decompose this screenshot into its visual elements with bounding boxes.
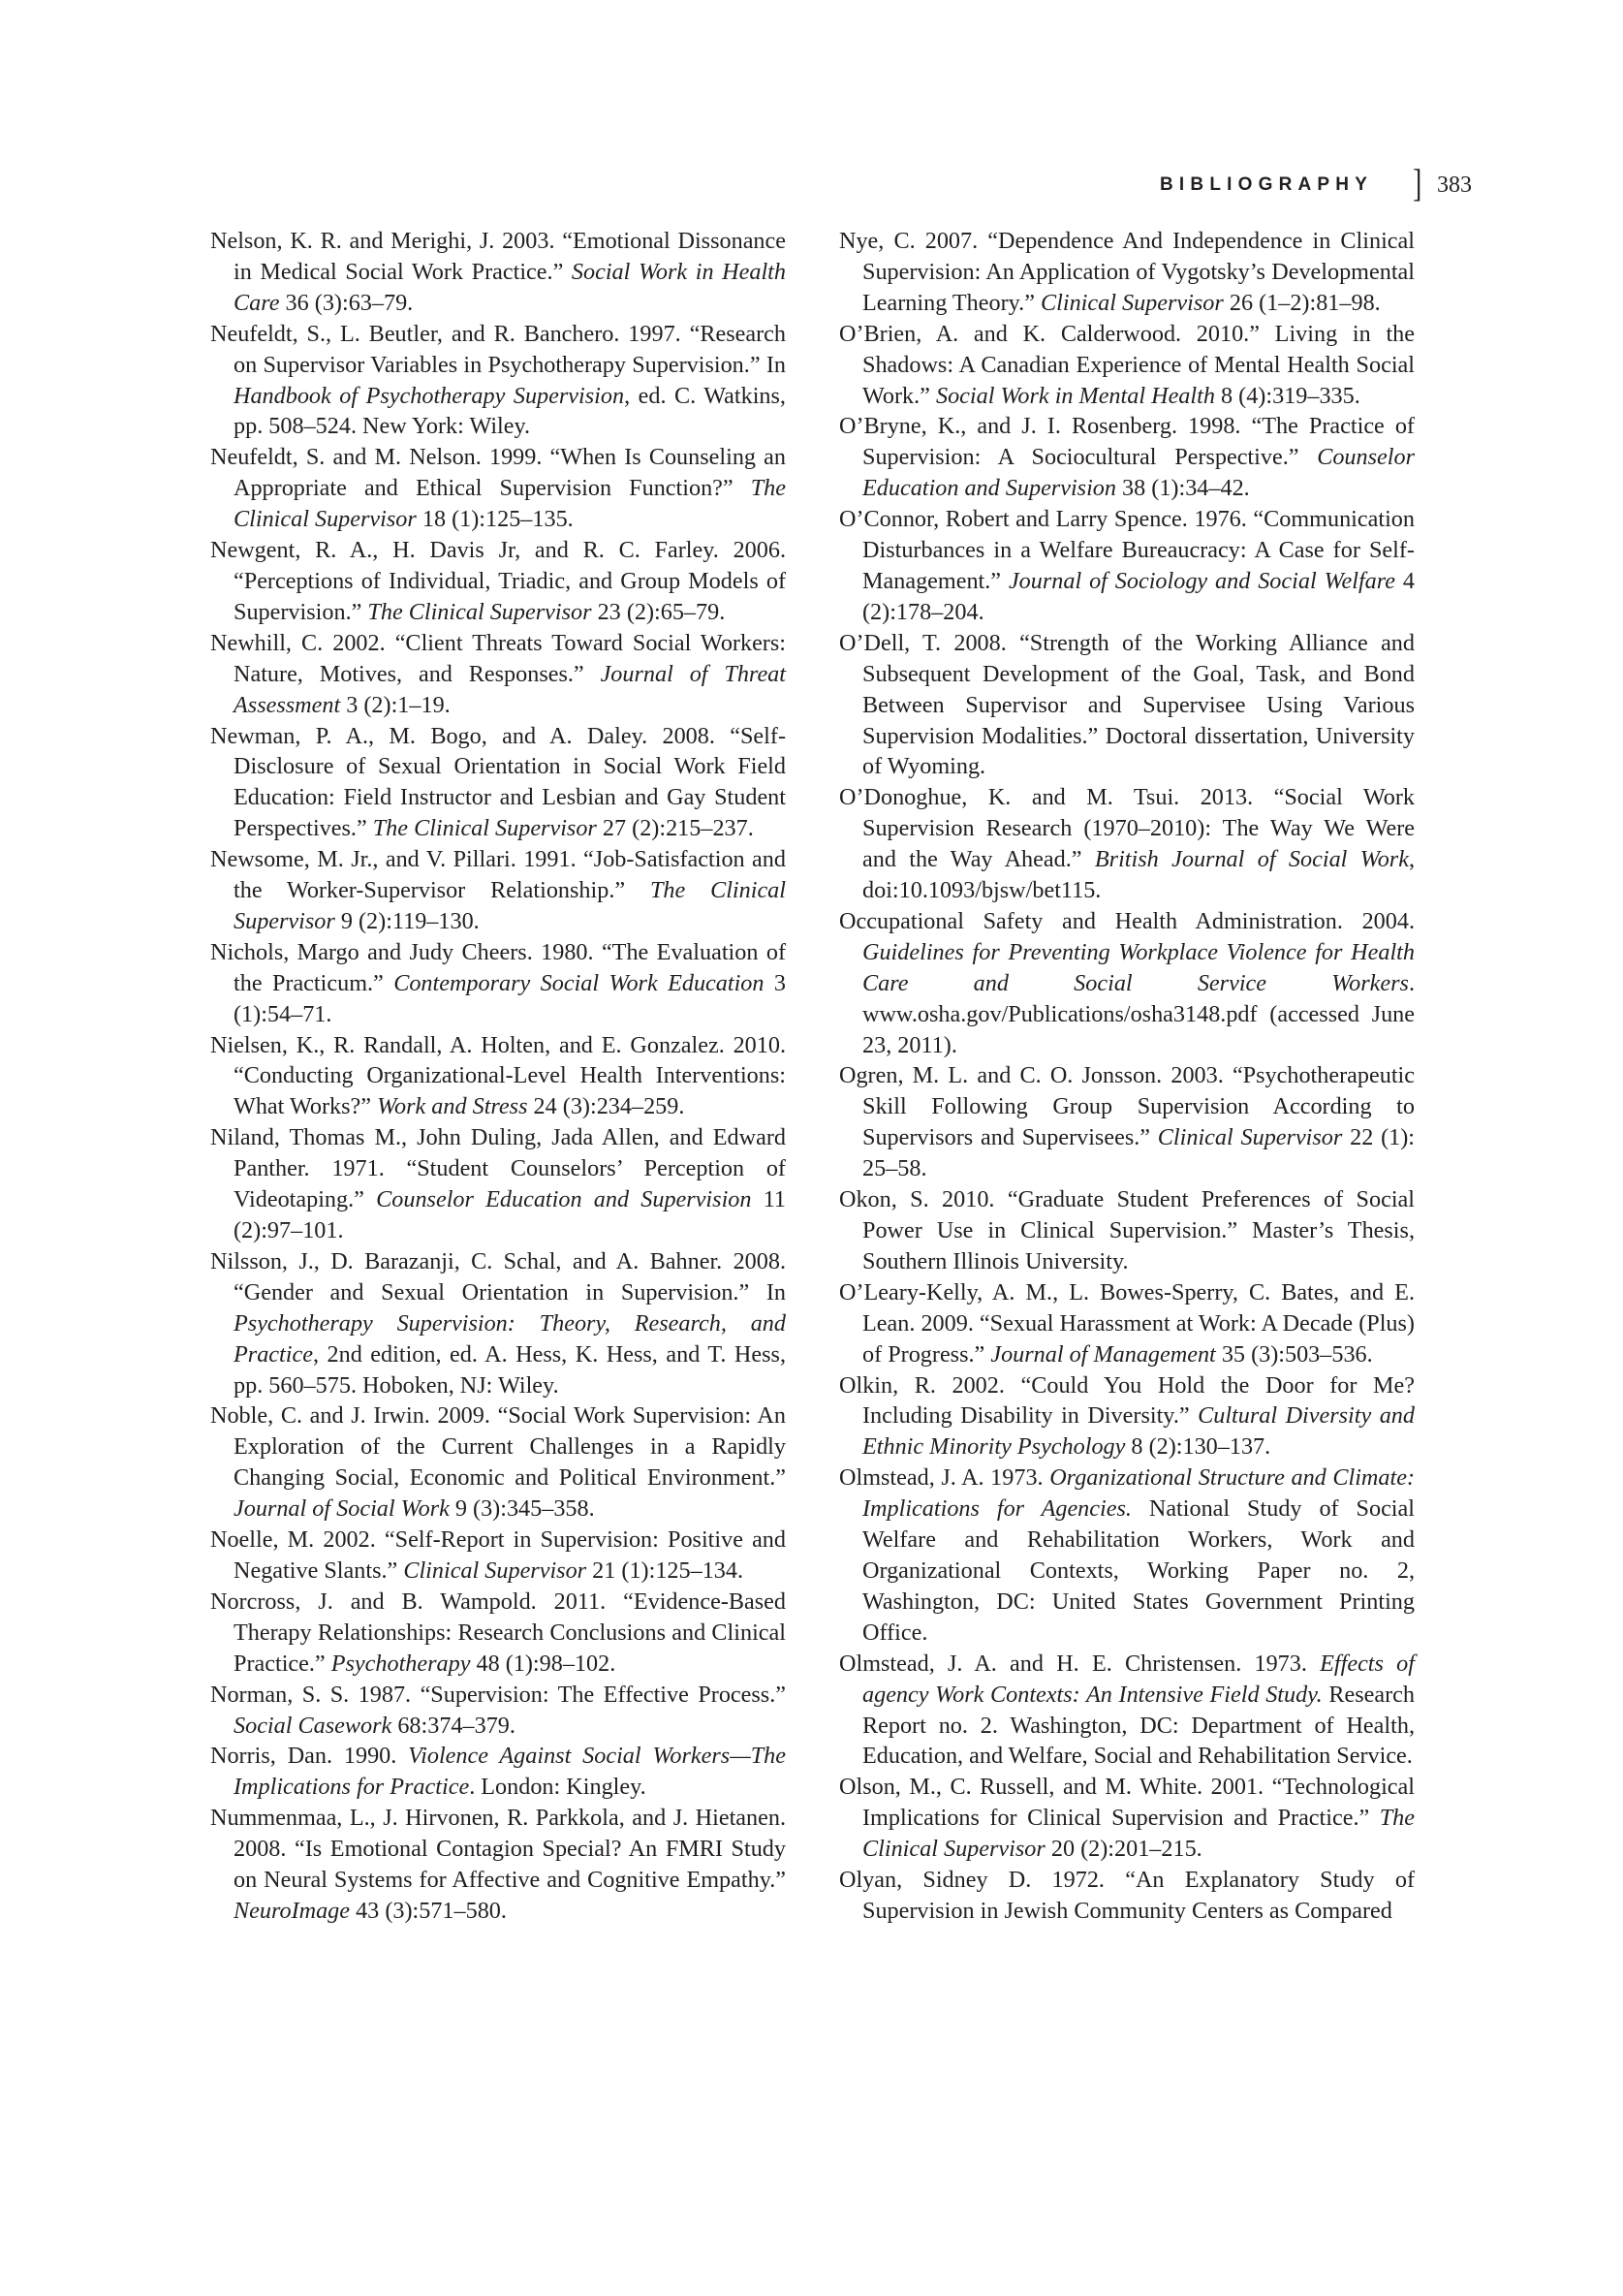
bibliography-entry: O’Leary-Kelly, A. M., L. Bowes-Sperry, C… bbox=[839, 1277, 1415, 1370]
page-number: 383 bbox=[1437, 173, 1472, 199]
entry-title-italic: The Clinical Supervisor bbox=[373, 815, 597, 841]
entry-title-italic: Guidelines for Preventing Workplace Viol… bbox=[862, 939, 1415, 996]
entry-text: Norman, S. S. 1987. “Supervision: The Ef… bbox=[210, 1682, 786, 1708]
bibliography-entry: Noelle, M. 2002. “Self-Report in Supervi… bbox=[210, 1525, 786, 1587]
entry-text: Neufeldt, S., L. Beutler, and R. Bancher… bbox=[210, 321, 786, 378]
entry-title-italic: Psychotherapy bbox=[331, 1651, 471, 1677]
bibliography-column-right: Nye, C. 2007. “Dependence And Independen… bbox=[839, 226, 1415, 1927]
entry-title-italic: British Journal of Social Work bbox=[1095, 846, 1409, 872]
bibliography-entry: Norman, S. S. 1987. “Supervision: The Ef… bbox=[210, 1680, 786, 1742]
bibliography-entry: Nye, C. 2007. “Dependence And Independen… bbox=[839, 226, 1415, 319]
entry-text: Olson, M., C. Russell, and M. White. 200… bbox=[839, 1774, 1415, 1831]
entry-title-italic: Journal of Social Work bbox=[234, 1495, 450, 1522]
entry-title-italic: Journal of Sociology and Social Welfare bbox=[1009, 568, 1395, 594]
entry-text: Olyan, Sidney D. 1972. “An Explanatory S… bbox=[839, 1867, 1415, 1924]
entry-text: 23 (2):65–79. bbox=[592, 599, 726, 625]
entry-title-italic: Handbook of Psychotherapy Supervision bbox=[234, 383, 624, 409]
entry-title-italic: Social Work in Mental Health bbox=[936, 383, 1215, 409]
entry-text: Neufeldt, S. and M. Nelson. 1999. “When … bbox=[210, 444, 786, 501]
entry-title-italic: Social Casework bbox=[234, 1713, 391, 1739]
entry-text: 21 (1):125–134. bbox=[586, 1557, 743, 1584]
bibliography-entry: O’Donoghue, K. and M. Tsui. 2013. “Socia… bbox=[839, 782, 1415, 906]
entry-text: 24 (3):234–259. bbox=[528, 1093, 685, 1119]
entry-text: 36 (3):63–79. bbox=[279, 290, 413, 316]
entry-title-italic: Work and Stress bbox=[377, 1093, 527, 1119]
bibliography-entry: O’Brien, A. and K. Calderwood. 2010.” Li… bbox=[839, 319, 1415, 412]
entry-text: 27 (2):215–237. bbox=[597, 815, 754, 841]
entry-text: O’Dell, T. 2008. “Strength of the Workin… bbox=[839, 630, 1415, 780]
entry-title-italic: Clinical Supervisor bbox=[1158, 1124, 1343, 1150]
bibliography-entry: Occupational Safety and Health Administr… bbox=[839, 906, 1415, 1061]
entry-text: 8 (2):130–137. bbox=[1125, 1433, 1270, 1460]
entry-text: 48 (1):98–102. bbox=[470, 1651, 615, 1677]
bibliography-entry: Olyan, Sidney D. 1972. “An Explanatory S… bbox=[839, 1865, 1415, 1927]
entry-title-italic: Clinical Supervisor bbox=[403, 1557, 586, 1584]
entry-text: Occupational Safety and Health Administr… bbox=[839, 908, 1415, 934]
running-head: BIBLIOGRAPHY bbox=[1160, 174, 1373, 196]
bibliography-entry: Olson, M., C. Russell, and M. White. 200… bbox=[839, 1772, 1415, 1865]
entry-text: 3 (2):1–19. bbox=[340, 692, 451, 718]
bibliography-entry: Niland, Thomas M., John Duling, Jada All… bbox=[210, 1122, 786, 1246]
bibliography-entry: Nichols, Margo and Judy Cheers. 1980. “T… bbox=[210, 937, 786, 1030]
bibliography-entry: Neufeldt, S., L. Beutler, and R. Bancher… bbox=[210, 319, 786, 443]
bibliography-entry: Nelson, K. R. and Merighi, J. 2003. “Emo… bbox=[210, 226, 786, 319]
entry-text: 18 (1):125–135. bbox=[417, 506, 574, 532]
bibliography-entry: Ogren, M. L. and C. O. Jonsson. 2003. “P… bbox=[839, 1060, 1415, 1184]
bibliography-entry: Nielsen, K., R. Randall, A. Holten, and … bbox=[210, 1030, 786, 1123]
bibliography-entry: Nummenmaa, L., J. Hirvonen, R. Parkkola,… bbox=[210, 1803, 786, 1927]
entry-title-italic: Journal of Management bbox=[990, 1341, 1215, 1368]
entry-title-italic: NeuroImage bbox=[234, 1898, 350, 1924]
entry-title-italic: Clinical Supervisor bbox=[1041, 290, 1224, 316]
entry-text: 26 (1–2):81–98. bbox=[1224, 290, 1381, 316]
entry-text: Noble, C. and J. Irwin. 2009. “Social Wo… bbox=[210, 1402, 786, 1491]
entry-text: Nilsson, J., D. Barazanji, C. Schal, and… bbox=[210, 1248, 786, 1305]
bibliography-entry: Newhill, C. 2002. “Client Threats Toward… bbox=[210, 628, 786, 721]
entry-text: Olmstead, J. A. 1973. bbox=[839, 1464, 1049, 1491]
bibliography-entry: Newgent, R. A., H. Davis Jr, and R. C. F… bbox=[210, 535, 786, 628]
entry-text: Nummenmaa, L., J. Hirvonen, R. Parkkola,… bbox=[210, 1805, 786, 1893]
page-header: BIBLIOGRAPHY ] 383 bbox=[0, 167, 1623, 205]
bibliography-entry: Norris, Dan. 1990. Violence Against Soci… bbox=[210, 1741, 786, 1803]
entry-text: 9 (2):119–130. bbox=[335, 908, 480, 934]
entry-text: Olmstead, J. A. and H. E. Christensen. 1… bbox=[839, 1651, 1320, 1677]
bibliography-entry: Newman, P. A., M. Bogo, and A. Daley. 20… bbox=[210, 721, 786, 845]
bibliography-entry: Olkin, R. 2002. “Could You Hold the Door… bbox=[839, 1370, 1415, 1463]
entry-text: 38 (1):34–42. bbox=[1116, 475, 1250, 501]
bibliography-entry: Nilsson, J., D. Barazanji, C. Schal, and… bbox=[210, 1246, 786, 1401]
entry-title-italic: The Clinical Supervisor bbox=[367, 599, 591, 625]
bibliography-entry: Olmstead, J. A. and H. E. Christensen. 1… bbox=[839, 1649, 1415, 1773]
entry-text: 20 (2):201–215. bbox=[1046, 1836, 1202, 1862]
bibliography-entry: Olmstead, J. A. 1973. Organizational Str… bbox=[839, 1463, 1415, 1648]
bibliography-entry: Okon, S. 2010. “Graduate Student Prefere… bbox=[839, 1184, 1415, 1277]
entry-text: Norris, Dan. 1990. bbox=[210, 1743, 408, 1769]
bibliography-entry: O’Connor, Robert and Larry Spence. 1976.… bbox=[839, 504, 1415, 628]
bibliography-entry: Norcross, J. and B. Wampold. 2011. “Evid… bbox=[210, 1587, 786, 1680]
bibliography-entry: Newsome, M. Jr., and V. Pillari. 1991. “… bbox=[210, 844, 786, 937]
entry-text: 35 (3):503–536. bbox=[1216, 1341, 1373, 1368]
bibliography-column-left: Nelson, K. R. and Merighi, J. 2003. “Emo… bbox=[210, 226, 786, 1927]
entry-text: Okon, S. 2010. “Graduate Student Prefere… bbox=[839, 1186, 1415, 1274]
entry-text: , 2nd edition, ed. A. Hess, K. Hess, and… bbox=[234, 1341, 786, 1399]
entry-text: . London: Kingley. bbox=[469, 1774, 646, 1800]
bibliography-entry: O’Bryne, K., and J. I. Rosenberg. 1998. … bbox=[839, 411, 1415, 504]
entry-text: 43 (3):571–580. bbox=[350, 1898, 507, 1924]
bibliography-entry: Noble, C. and J. Irwin. 2009. “Social Wo… bbox=[210, 1400, 786, 1525]
entry-text: 9 (3):345–358. bbox=[450, 1495, 595, 1522]
entry-title-italic: Counselor Education and Supervision bbox=[376, 1186, 751, 1212]
header-bracket: ] bbox=[1413, 164, 1421, 203]
entry-text: 8 (4):319–335. bbox=[1215, 383, 1360, 409]
bibliography-entry: Neufeldt, S. and M. Nelson. 1999. “When … bbox=[210, 442, 786, 535]
bibliography-entry: O’Dell, T. 2008. “Strength of the Workin… bbox=[839, 628, 1415, 783]
entry-title-italic: Contemporary Social Work Education bbox=[393, 970, 764, 996]
entry-text: 68:374–379. bbox=[391, 1713, 515, 1739]
